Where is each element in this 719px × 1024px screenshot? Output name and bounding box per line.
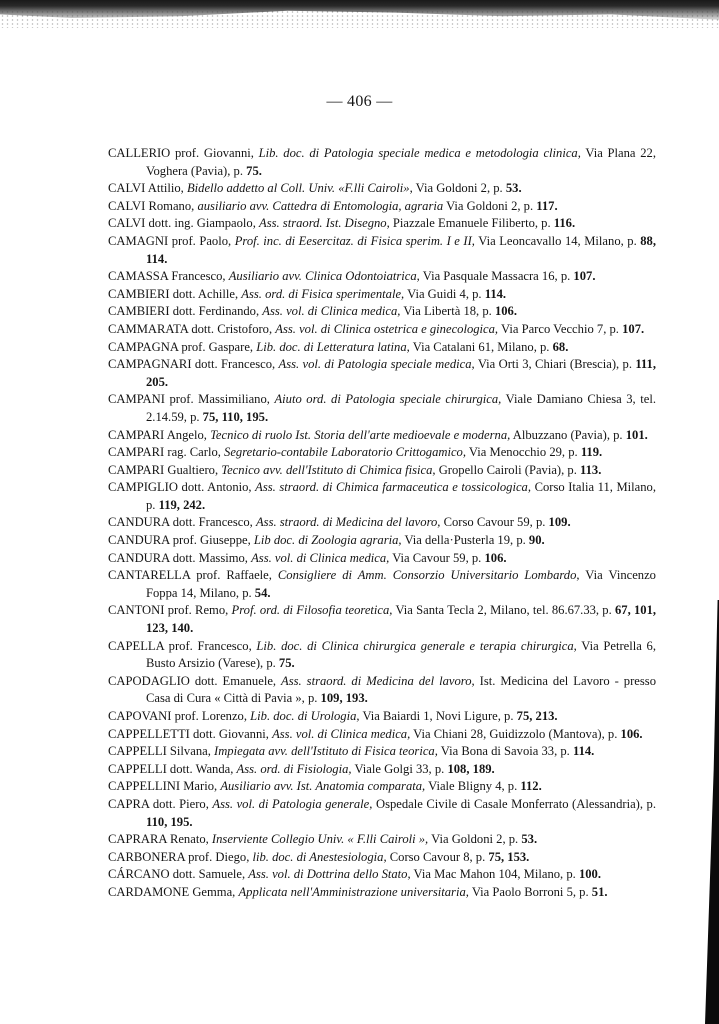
page-number: — 406 — xyxy=(0,93,719,111)
directory-entry: CAMMARATA dott. Cristoforo, Ass. vol. di… xyxy=(108,321,656,339)
entry-position: Segretario-contabile Laboratorio Crittog… xyxy=(224,445,466,459)
entry-address: Ospedale Civile di Casale Monferrato (Al… xyxy=(372,797,656,811)
entry-surname: CAMPARI xyxy=(108,428,164,442)
directory-entry: CALLERIO prof. Giovanni, Lib. doc. di Pa… xyxy=(108,145,656,180)
entry-title-firstname: dott. ing. Giampaolo, xyxy=(145,216,259,230)
entry-surname: CALLERIO xyxy=(108,146,170,160)
entry-address: Via Parco Vecchio 7, p. xyxy=(498,322,622,336)
entry-position: Ass. ord. di Fisica sperimentale, xyxy=(241,287,404,301)
entry-position: ausiliario avv. Cattedra di Entomologia,… xyxy=(197,199,443,213)
entry-position: Ass. vol. di Patologia generale, xyxy=(212,797,372,811)
entry-title-firstname: Angelo, xyxy=(164,428,210,442)
entry-address: Via Cavour 59, p. xyxy=(389,551,484,565)
entry-position: Ass. straord. di Chimica farmaceutica e … xyxy=(255,480,531,494)
entry-surname: CAMPAGNARI xyxy=(108,357,192,371)
entry-title-firstname: Gualtiero, xyxy=(164,463,221,477)
entry-position: Lib. doc. di Urologia, xyxy=(250,709,359,723)
entry-address: Via Mac Mahon 104, Milano, p. xyxy=(411,867,579,881)
entry-title-firstname: prof. Francesco, xyxy=(164,639,256,653)
directory-entry: CAMPARI rag. Carlo, Segretario-contabile… xyxy=(108,444,656,462)
entry-position: Ass. straord. di Medicina del lavoro, xyxy=(281,674,475,688)
directory-entry: CALVI Attilio, Bidello addetto al Coll. … xyxy=(108,180,656,198)
entry-position: Tecnico avv. dell'Istituto di Chimica fi… xyxy=(221,463,435,477)
entry-page-refs: 68. xyxy=(553,340,569,354)
entry-title-firstname: prof. Raffaele, xyxy=(190,568,278,582)
entry-page-refs: 114. xyxy=(485,287,506,301)
entry-surname: CANTARELLA xyxy=(108,568,190,582)
entry-address: Via Chiani 28, Guidizzolo (Mantova), p. xyxy=(410,727,620,741)
entry-position: Impiegata avv. dell'Istituto di Fisica t… xyxy=(214,744,438,758)
entry-surname: CAMASSA xyxy=(108,269,168,283)
entry-address: Corso Cavour 8, p. xyxy=(387,850,489,864)
entry-title-firstname: dott. Emanuele, xyxy=(190,674,281,688)
scan-shadow-right xyxy=(705,600,719,1024)
entry-page-refs: 106. xyxy=(621,727,643,741)
entry-page-refs: 90. xyxy=(529,533,545,547)
entry-surname: CANDURA xyxy=(108,551,170,565)
entry-position: Ass. vol. di Clinica medica, xyxy=(272,727,410,741)
entry-surname: CAPELLA xyxy=(108,639,164,653)
entry-title-firstname: Romano, xyxy=(145,199,197,213)
entry-page-refs: 113. xyxy=(580,463,601,477)
directory-entry: CAPELLA prof. Francesco, Lib. doc. di Cl… xyxy=(108,638,656,673)
entry-title-firstname: prof. Remo, xyxy=(164,603,231,617)
entry-page-refs: 110, 195. xyxy=(146,815,193,829)
entry-title-firstname: Attilio, xyxy=(145,181,187,195)
entry-surname: CALVI xyxy=(108,199,145,213)
directory-entry: CÁRCANO dott. Samuele, Ass. vol. di Dott… xyxy=(108,866,656,884)
entry-position: Prof. inc. di Eesercitaz. di Fisica sper… xyxy=(235,234,475,248)
entry-position: Ass. vol. di Clinica medica, xyxy=(262,304,400,318)
entry-title-firstname: Silvana, xyxy=(167,744,214,758)
entry-position: Applicata nell'Amministrazione universit… xyxy=(238,885,468,899)
entry-page-refs: 107. xyxy=(573,269,595,283)
entry-page-refs: 114. xyxy=(573,744,594,758)
entry-surname: CÁRCANO xyxy=(108,867,170,881)
directory-entry: CAPPELLI dott. Wanda, Ass. ord. di Fisio… xyxy=(108,761,656,779)
entry-surname: CAPPELLINI xyxy=(108,779,180,793)
directory-entry: CAPRA dott. Piero, Ass. vol. di Patologi… xyxy=(108,796,656,831)
entry-address: Via Goldoni 2, p. xyxy=(413,181,506,195)
entry-title-firstname: dott. Francesco, xyxy=(170,515,256,529)
entry-address: Via Orti 3, Chiari (Brescia), p. xyxy=(475,357,636,371)
entry-position: lib. doc. di Anestesiologia, xyxy=(253,850,387,864)
entry-title-firstname: rag. Carlo, xyxy=(164,445,224,459)
entry-title-firstname: dott. Giovanni, xyxy=(190,727,272,741)
entry-page-refs: 117. xyxy=(536,199,557,213)
entry-address: Viale Bligny 4, p. xyxy=(425,779,520,793)
entry-address: Via Baiardi 1, Novi Ligure, p. xyxy=(360,709,517,723)
entry-address: Via della·Pusterla 19, p. xyxy=(402,533,529,547)
directory-entry: CAMPAGNA prof. Gaspare, Lib. doc. di Let… xyxy=(108,339,656,357)
entry-address: Piazzale Emanuele Filiberto, p. xyxy=(390,216,554,230)
entry-position: Bidello addetto al Coll. Univ. «F.lli Ca… xyxy=(187,181,413,195)
entry-address: Via Leoncavallo 14, Milano, p. xyxy=(475,234,640,248)
entry-position: Prof. ord. di Filosofia teoretica, xyxy=(232,603,393,617)
entry-title-firstname: dott. Achille, xyxy=(170,287,242,301)
scan-noise-top xyxy=(0,6,719,28)
entry-title-firstname: Francesco, xyxy=(168,269,229,283)
entry-surname: CAPRA xyxy=(108,797,149,811)
entry-address: Via Pasquale Massacra 16, p. xyxy=(420,269,574,283)
entry-page-refs: 53. xyxy=(521,832,537,846)
directory-entry: CAPPELLINI Mario, Ausiliario avv. Ist. A… xyxy=(108,778,656,796)
entry-address: Via Goldoni 2, p. xyxy=(443,199,536,213)
entry-surname: CAMPANI xyxy=(108,392,165,406)
entry-position: Ass. vol. di Clinica ostetrica e ginecol… xyxy=(275,322,498,336)
entry-page-refs: 112. xyxy=(520,779,541,793)
entry-address: Via Bona di Savoia 33, p. xyxy=(438,744,573,758)
entry-position: Ausiliario avv. Ist. Anatomia comparata, xyxy=(220,779,425,793)
entry-title-firstname: dott. Samuele, xyxy=(170,867,249,881)
entry-title-firstname: prof. Massimiliano, xyxy=(165,392,275,406)
entry-position: Ass. vol. di Clinica medica, xyxy=(251,551,389,565)
entry-surname: CALVI xyxy=(108,216,145,230)
entry-address: Via Paolo Borroni 5, p. xyxy=(469,885,592,899)
entry-title-firstname: prof. Giuseppe, xyxy=(170,533,254,547)
entry-page-refs: 75, 213. xyxy=(517,709,558,723)
directory-entry: CANDURA prof. Giuseppe, Lib doc. di Zool… xyxy=(108,532,656,550)
entry-position: Ass. vol. di Dottrina dello Stato, xyxy=(248,867,410,881)
directory-entry: CAMPANI prof. Massimiliano, Aiuto ord. d… xyxy=(108,391,656,426)
entry-address: Albuzzano (Pavia), p. xyxy=(510,428,625,442)
entry-surname: CAMBIERI xyxy=(108,304,170,318)
directory-entry: CAMASSA Francesco, Ausiliario avv. Clini… xyxy=(108,268,656,286)
entry-position: Lib. doc. di Letteratura latina, xyxy=(256,340,410,354)
entry-title-firstname: dott. Antonio, xyxy=(178,480,255,494)
entry-title-firstname: dott. Francesco, xyxy=(192,357,279,371)
directory-entry: CARBONERA prof. Diego, lib. doc. di Anes… xyxy=(108,849,656,867)
entry-surname: CAPODAGLIO xyxy=(108,674,190,688)
directory-entry: CAPODAGLIO dott. Emanuele, Ass. straord.… xyxy=(108,673,656,708)
entry-page-refs: 54. xyxy=(255,586,271,600)
directory-entry: CANDURA dott. Massimo, Ass. vol. di Clin… xyxy=(108,550,656,568)
entry-page-refs: 116. xyxy=(554,216,575,230)
entry-surname: CAMPARI xyxy=(108,463,164,477)
entry-title-firstname: prof. Lorenzo, xyxy=(171,709,250,723)
entry-surname: CAMAGNI xyxy=(108,234,168,248)
entry-page-refs: 107. xyxy=(622,322,644,336)
directory-entry: CAPPELLETTI dott. Giovanni, Ass. vol. di… xyxy=(108,726,656,744)
entry-title-firstname: Mario, xyxy=(180,779,220,793)
entry-position: Tecnico di ruolo Ist. Storia dell'arte m… xyxy=(210,428,510,442)
entry-position: Ass. ord. di Fisiologia, xyxy=(237,762,352,776)
directory-entry: CAPOVANI prof. Lorenzo, Lib. doc. di Uro… xyxy=(108,708,656,726)
entry-address: Gropello Cairoli (Pavia), p. xyxy=(436,463,580,477)
entry-page-refs: 101. xyxy=(626,428,648,442)
entry-surname: CAMPARI xyxy=(108,445,164,459)
entry-address: Via Goldoni 2, p. xyxy=(428,832,521,846)
entry-address: Viale Golgi 33, p. xyxy=(352,762,448,776)
entry-address: Via Santa Tecla 2, Milano, tel. 86.67.33… xyxy=(392,603,615,617)
entry-page-refs: 51. xyxy=(592,885,608,899)
entry-address: Via Guidi 4, p. xyxy=(404,287,485,301)
entry-page-refs: 119. xyxy=(581,445,602,459)
directory-entry: CALVI dott. ing. Giampaolo, Ass. straord… xyxy=(108,215,656,233)
entry-surname: CANDURA xyxy=(108,515,170,529)
directory-entry: CAMPARI Angelo, Tecnico di ruolo Ist. St… xyxy=(108,427,656,445)
entry-surname: CAMPAGNA xyxy=(108,340,178,354)
entry-title-firstname: dott. Wanda, xyxy=(167,762,237,776)
entry-position: Lib. doc. di Patologia speciale medica e… xyxy=(259,146,581,160)
entry-position: Ass. vol. di Patologia speciale medica, xyxy=(279,357,475,371)
entry-page-refs: 108, 189. xyxy=(447,762,494,776)
entry-address: Via Libertà 18, p. xyxy=(400,304,495,318)
entry-surname: CAPRARA xyxy=(108,832,167,846)
entry-address: Via Menocchio 29, p. xyxy=(466,445,581,459)
entry-surname: CAMPIGLIO xyxy=(108,480,178,494)
entry-address: Corso Cavour 59, p. xyxy=(440,515,548,529)
entry-position: Ass. straord. Ist. Disegno, xyxy=(259,216,390,230)
entry-surname: CANTONI xyxy=(108,603,164,617)
directory-entry: CANTARELLA prof. Raffaele, Consigliere d… xyxy=(108,567,656,602)
entry-surname: CAPPELLI xyxy=(108,744,167,758)
directory-entry: CALVI Romano, ausiliario avv. Cattedra d… xyxy=(108,198,656,216)
entry-position: Consigliere di Amm. Consorzio Universita… xyxy=(278,568,580,582)
entry-surname: CARBONERA xyxy=(108,850,185,864)
entry-page-refs: 75. xyxy=(246,164,262,178)
directory-entries: CALLERIO prof. Giovanni, Lib. doc. di Pa… xyxy=(108,145,656,902)
directory-entry: CAMPIGLIO dott. Antonio, Ass. straord. d… xyxy=(108,479,656,514)
entry-position: Inserviente Collegio Univ. « F.lli Cairo… xyxy=(212,832,428,846)
directory-entry: CAMBIERI dott. Ferdinando, Ass. vol. di … xyxy=(108,303,656,321)
entry-title-firstname: prof. Gaspare, xyxy=(178,340,256,354)
entry-position: Ass. straord. di Medicina del lavoro, xyxy=(256,515,440,529)
entry-title-firstname: prof. Diego, xyxy=(185,850,253,864)
entry-surname: CAMMARATA xyxy=(108,322,188,336)
entry-title-firstname: dott. Cristoforo, xyxy=(188,322,275,336)
entry-title-firstname: prof. Paolo, xyxy=(168,234,235,248)
entry-address: Via Catalani 61, Milano, p. xyxy=(410,340,553,354)
entry-position: Lib doc. di Zoologia agraria, xyxy=(254,533,402,547)
directory-entry: CARDAMONE Gemma, Applicata nell'Amminist… xyxy=(108,884,656,902)
entry-page-refs: 106. xyxy=(495,304,517,318)
entry-page-refs: 75, 153. xyxy=(488,850,529,864)
entry-surname: CAPOVANI xyxy=(108,709,171,723)
entry-page-refs: 75. xyxy=(279,656,295,670)
entry-title-firstname: Renato, xyxy=(167,832,212,846)
directory-entry: CAMAGNI prof. Paolo, Prof. inc. di Eeser… xyxy=(108,233,656,268)
entry-page-refs: 100. xyxy=(579,867,601,881)
entry-surname: CAPPELLETTI xyxy=(108,727,190,741)
entry-surname: CALVI xyxy=(108,181,145,195)
directory-entry: CAMBIERI dott. Achille, Ass. ord. di Fis… xyxy=(108,286,656,304)
entry-title-firstname: prof. Giovanni, xyxy=(170,146,258,160)
entry-title-firstname: dott. Ferdinando, xyxy=(170,304,263,318)
directory-entry: CAMPARI Gualtiero, Tecnico avv. dell'Ist… xyxy=(108,462,656,480)
entry-position: Ausiliario avv. Clinica Odontoiatrica, xyxy=(229,269,420,283)
directory-entry: CAPRARA Renato, Inserviente Collegio Uni… xyxy=(108,831,656,849)
entry-position: Lib. doc. di Clinica chirurgica generale… xyxy=(256,639,576,653)
directory-entry: CAMPAGNARI dott. Francesco, Ass. vol. di… xyxy=(108,356,656,391)
entry-page-refs: 119, 242. xyxy=(159,498,206,512)
entry-page-refs: 106. xyxy=(484,551,506,565)
entry-page-refs: 75, 110, 195. xyxy=(203,410,268,424)
entry-page-refs: 109. xyxy=(549,515,571,529)
entry-surname: CARDAMONE xyxy=(108,885,189,899)
directory-entry: CANTONI prof. Remo, Prof. ord. di Filoso… xyxy=(108,602,656,637)
directory-entry: CAPPELLI Silvana, Impiegata avv. dell'Is… xyxy=(108,743,656,761)
entry-surname: CAMBIERI xyxy=(108,287,170,301)
entry-title-firstname: dott. Piero, xyxy=(149,797,212,811)
directory-entry: CANDURA dott. Francesco, Ass. straord. d… xyxy=(108,514,656,532)
entry-surname: CANDURA xyxy=(108,533,170,547)
entry-page-refs: 109, 193. xyxy=(321,691,368,705)
entry-page-refs: 53. xyxy=(506,181,522,195)
entry-title-firstname: dott. Massimo, xyxy=(170,551,252,565)
entry-position: Aiuto ord. di Patologia speciale chirurg… xyxy=(274,392,501,406)
entry-title-firstname: Gemma, xyxy=(189,885,238,899)
entry-surname: CAPPELLI xyxy=(108,762,167,776)
